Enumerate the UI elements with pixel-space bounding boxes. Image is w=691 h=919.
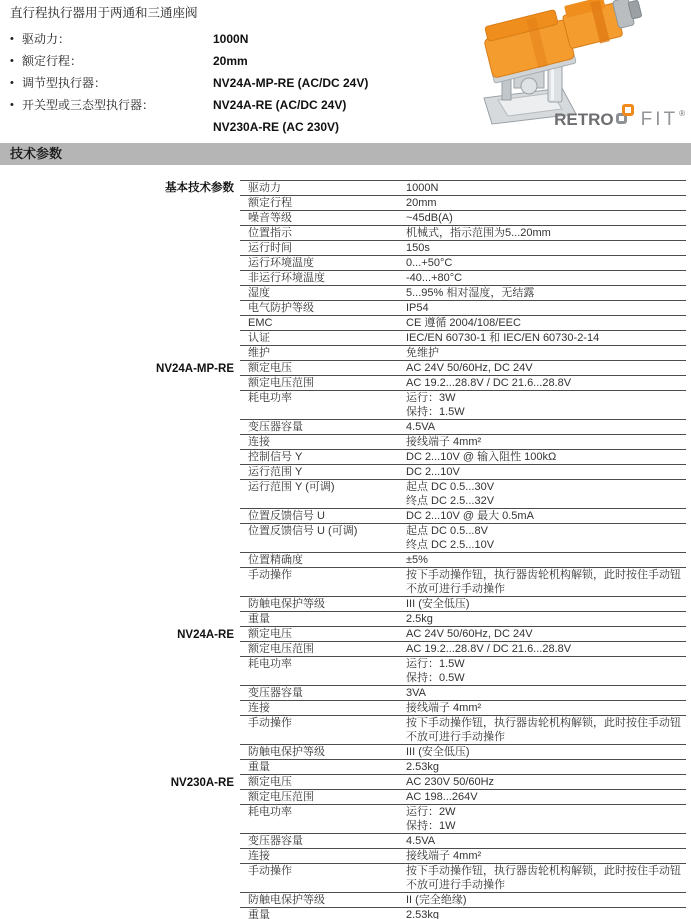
bullet-label: 开关型或三态型执行器： [22, 94, 213, 138]
value-line: IP54 [406, 301, 684, 315]
value-cell: AC 24V 50/60Hz, DC 24V [404, 627, 686, 641]
value-line: 起点 DC 0.5...30V [406, 480, 684, 494]
value-cell: 1000N [404, 181, 686, 195]
spec-group-label: NV230A-RE [0, 775, 240, 919]
section-header-bar: 技术参数 [0, 143, 691, 165]
table-row: 手动操作按下手动操作钮，执行器齿轮机构解锁，此时按住手动钮不放可进行手动操作 [240, 864, 686, 893]
param-cell: 重量 [240, 612, 404, 626]
value-line: 按下手动操作钮，执行器齿轮机构解锁，此时按住手动钮 [406, 716, 684, 730]
value-line: 不放可进行手动操作 [406, 878, 684, 892]
list-item: •额定行程：20mm [10, 50, 480, 72]
value-cell: 按下手动操作钮，执行器齿轮机构解锁，此时按住手动钮不放可进行手动操作 [404, 716, 686, 744]
param-cell: 位置精确度 [240, 553, 404, 567]
param-cell: 运行范围 Y [240, 465, 404, 479]
table-row: 额定电压AC 24V 50/60Hz, DC 24V [240, 627, 686, 642]
value-line: 起点 DC 0.5...8V [406, 524, 684, 538]
table-row: 连接接线端子 4mm² [240, 701, 686, 716]
table-row: 位置反馈信号 UDC 2...10V @ 最大 0.5mA [240, 509, 686, 524]
param-cell: 连接 [240, 435, 404, 449]
table-row: 连接接线端子 4mm² [240, 435, 686, 450]
value-line: 运行：1.5W [406, 657, 684, 671]
table-row: 连接接线端子 4mm² [240, 849, 686, 864]
value-cell: 按下手动操作钮，执行器齿轮机构解锁，此时按住手动钮不放可进行手动操作 [404, 864, 686, 892]
param-cell: 额定行程 [240, 196, 404, 210]
value-cell: AC 19.2...28.8V / DC 21.6...28.8V [404, 642, 686, 656]
bullet-value: NV24A-MP-RE (AC/DC 24V) [213, 72, 368, 94]
value-cell: IP54 [404, 301, 686, 315]
spec-group-label: NV24A-MP-RE [0, 361, 240, 627]
value-cell: AC 19.2...28.8V / DC 21.6...28.8V [404, 376, 686, 390]
table-row: 额定电压范围AC 19.2...28.8V / DC 21.6...28.8V [240, 376, 686, 391]
table-row: 耗电功率运行：1.5W保持：0.5W [240, 657, 686, 686]
table-row: EMCCE 遵循 2004/108/EEC [240, 316, 686, 331]
bullet-icon: • [10, 50, 22, 72]
value-cell: II (完全绝缘) [404, 893, 686, 907]
spec-group: NV24A-RE额定电压AC 24V 50/60Hz, DC 24V额定电压范围… [0, 627, 691, 775]
param-cell: 防触电保护等级 [240, 745, 404, 759]
value-cell: DC 2...10V @ 输入阻性 100kΩ [404, 450, 686, 464]
param-cell: 额定电压 [240, 775, 404, 789]
list-item: •驱动力：1000N [10, 28, 480, 50]
datasheet-page: 直行程执行器用于两通和三通座阀 •驱动力：1000N•额定行程：20mm•调节型… [0, 0, 691, 919]
table-row: 噪音等级~45dB(A) [240, 211, 686, 226]
bullet-icon: • [10, 28, 22, 50]
param-cell: 噪音等级 [240, 211, 404, 225]
spec-group: 基本技术参数驱动力1000N额定行程20mm噪音等级~45dB(A)位置指示机械… [0, 180, 691, 361]
value-line: 保持：0.5W [406, 671, 684, 685]
param-cell: 控制信号 Y [240, 450, 404, 464]
section-header-label: 技术参数 [10, 146, 62, 161]
value-line: 免维护 [406, 346, 684, 360]
param-cell: 额定电压范围 [240, 376, 404, 390]
value-cell: AC 198...264V [404, 790, 686, 804]
value-line: 接线端子 4mm² [406, 435, 684, 449]
param-cell: EMC [240, 316, 404, 330]
param-cell: 额定电压范围 [240, 790, 404, 804]
spec-table: 基本技术参数驱动力1000N额定行程20mm噪音等级~45dB(A)位置指示机械… [0, 180, 691, 919]
value-cell: 起点 DC 0.5...30V终点 DC 2.5...32V [404, 480, 686, 508]
value-line: AC 230V 50/60Hz [406, 775, 684, 789]
spec-group-rows: 驱动力1000N额定行程20mm噪音等级~45dB(A)位置指示机械式，指示范围… [240, 180, 686, 361]
param-cell: 位置指示 [240, 226, 404, 240]
registered-mark: ® [679, 109, 685, 118]
list-item: •开关型或三态型执行器：NV24A-RE (AC/DC 24V)NV230A-R… [10, 94, 480, 138]
value-line: 接线端子 4mm² [406, 701, 684, 715]
spec-group-label: NV24A-RE [0, 627, 240, 775]
page-title: 直行程执行器用于两通和三通座阀 [10, 5, 480, 21]
retrofit-squares-icon [616, 104, 640, 130]
value-line: ±5% [406, 553, 684, 567]
param-cell: 湿度 [240, 286, 404, 300]
table-row: 位置精确度±5% [240, 553, 686, 568]
value-line: DC 2...10V [406, 465, 684, 479]
orange-square-icon [622, 104, 634, 116]
table-row: 耗电功率运行：3W保持：1.5W [240, 391, 686, 420]
value-cell: 接线端子 4mm² [404, 849, 686, 863]
value-line: III (安全低压) [406, 745, 684, 759]
bullet-value: 20mm [213, 50, 248, 72]
value-line: 运行：2W [406, 805, 684, 819]
table-row: 非运行环境温度-40...+80°C [240, 271, 686, 286]
value-cell: 运行：2W保持：1W [404, 805, 686, 833]
value-line: AC 24V 50/60Hz, DC 24V [406, 361, 684, 375]
value-line: 不放可进行手动操作 [406, 582, 684, 596]
param-cell: 驱动力 [240, 181, 404, 195]
param-cell: 手动操作 [240, 716, 404, 744]
value-cell: 0...+50°C [404, 256, 686, 270]
value-line: 保持：1.5W [406, 405, 684, 419]
param-cell: 防触电保护等级 [240, 597, 404, 611]
value-line: -40...+80°C [406, 271, 684, 285]
value-cell: 2.53kg [404, 908, 686, 919]
spec-group-label: 基本技术参数 [0, 180, 240, 361]
retrofit-logo-fit: FIT [641, 109, 679, 130]
bullet-values: 1000N [213, 28, 248, 50]
table-row: 重量2.5kg [240, 612, 686, 627]
table-row: 运行时间150s [240, 241, 686, 256]
param-cell: 变压器容量 [240, 420, 404, 434]
value-line: AC 19.2...28.8V / DC 21.6...28.8V [406, 642, 684, 656]
table-row: 控制信号 YDC 2...10V @ 输入阻性 100kΩ [240, 450, 686, 465]
value-cell: ~45dB(A) [404, 211, 686, 225]
table-row: 维护免维护 [240, 346, 686, 361]
bullet-value: NV230A-RE (AC 230V) [213, 116, 346, 138]
param-cell: 额定电压 [240, 627, 404, 641]
value-line: 2.5kg [406, 612, 684, 626]
table-row: 变压器容量4.5VA [240, 834, 686, 849]
value-cell: CE 遵循 2004/108/EEC [404, 316, 686, 330]
value-line: 20mm [406, 196, 684, 210]
value-cell: 150s [404, 241, 686, 255]
value-line: CE 遵循 2004/108/EEC [406, 316, 684, 330]
table-row: 重量2.53kg [240, 908, 686, 919]
value-cell: 20mm [404, 196, 686, 210]
table-row: 位置反馈信号 U (可调)起点 DC 0.5...8V终点 DC 2.5...1… [240, 524, 686, 553]
param-cell: 电气防护等级 [240, 301, 404, 315]
bullet-value: NV24A-RE (AC/DC 24V) [213, 94, 346, 116]
value-line: ~45dB(A) [406, 211, 684, 225]
table-row: 额定电压范围AC 198...264V [240, 790, 686, 805]
spec-group-rows: 额定电压AC 24V 50/60Hz, DC 24V额定电压范围AC 19.2.… [240, 627, 686, 775]
value-cell: III (安全低压) [404, 745, 686, 759]
value-line: 按下手动操作钮，执行器齿轮机构解锁，此时按住手动钮 [406, 568, 684, 582]
value-line: AC 24V 50/60Hz, DC 24V [406, 627, 684, 641]
bullet-label: 额定行程： [22, 50, 213, 72]
retrofit-logo: RETRO FIT ® [554, 100, 685, 130]
retrofit-logo-retro: RETRO [554, 110, 614, 130]
param-cell: 运行时间 [240, 241, 404, 255]
param-cell: 重量 [240, 908, 404, 919]
value-line: 按下手动操作钮，执行器齿轮机构解锁，此时按住手动钮 [406, 864, 684, 878]
param-cell: 位置反馈信号 U (可调) [240, 524, 404, 552]
value-line: IEC/EN 60730-1 和 IEC/EN 60730-2-14 [406, 331, 684, 345]
value-line: 2.53kg [406, 908, 684, 919]
intro-header: 直行程执行器用于两通和三通座阀 •驱动力：1000N•额定行程：20mm•调节型… [0, 0, 691, 143]
value-line: 机械式，指示范围为5...20mm [406, 226, 684, 240]
value-line: AC 198...264V [406, 790, 684, 804]
table-row: 运行范围 YDC 2...10V [240, 465, 686, 480]
value-line: 4.5VA [406, 420, 684, 434]
bullet-icon: • [10, 72, 22, 94]
table-row: 额定电压AC 24V 50/60Hz, DC 24V [240, 361, 686, 376]
value-cell: 2.5kg [404, 612, 686, 626]
value-cell: 4.5VA [404, 420, 686, 434]
table-row: 额定电压范围AC 19.2...28.8V / DC 21.6...28.8V [240, 642, 686, 657]
bullet-icon: • [10, 94, 22, 138]
table-row: 运行范围 Y (可调)起点 DC 0.5...30V终点 DC 2.5...32… [240, 480, 686, 509]
param-cell: 非运行环境温度 [240, 271, 404, 285]
param-cell: 手动操作 [240, 568, 404, 596]
value-cell: AC 230V 50/60Hz [404, 775, 686, 789]
value-line: 运行：3W [406, 391, 684, 405]
value-cell: -40...+80°C [404, 271, 686, 285]
table-row: 防触电保护等级III (安全低压) [240, 745, 686, 760]
param-cell: 运行范围 Y (可调) [240, 480, 404, 508]
value-line: II (完全绝缘) [406, 893, 684, 907]
value-line: 终点 DC 2.5...10V [406, 538, 684, 552]
intro-block: 直行程执行器用于两通和三通座阀 •驱动力：1000N•额定行程：20mm•调节型… [10, 5, 480, 138]
value-cell: 4.5VA [404, 834, 686, 848]
table-row: 防触电保护等级II (完全绝缘) [240, 893, 686, 908]
value-line: 2.53kg [406, 760, 684, 774]
value-cell: 接线端子 4mm² [404, 701, 686, 715]
param-cell: 变压器容量 [240, 686, 404, 700]
value-cell: 按下手动操作钮，执行器齿轮机构解锁，此时按住手动钮不放可进行手动操作 [404, 568, 686, 596]
param-cell: 维护 [240, 346, 404, 360]
param-cell: 耗电功率 [240, 805, 404, 833]
value-line: AC 19.2...28.8V / DC 21.6...28.8V [406, 376, 684, 390]
value-cell: 运行：1.5W保持：0.5W [404, 657, 686, 685]
param-cell: 耗电功率 [240, 657, 404, 685]
param-cell: 额定电压 [240, 361, 404, 375]
table-row: 电气防护等级IP54 [240, 301, 686, 316]
table-row: 驱动力1000N [240, 181, 686, 196]
spec-group: NV24A-MP-RE额定电压AC 24V 50/60Hz, DC 24V额定电… [0, 361, 691, 627]
value-cell: 5...95% 相对湿度，无结露 [404, 286, 686, 300]
param-cell: 连接 [240, 701, 404, 715]
table-row: 变压器容量3VA [240, 686, 686, 701]
value-cell: 运行：3W保持：1.5W [404, 391, 686, 419]
param-cell: 手动操作 [240, 864, 404, 892]
bullet-label: 调节型执行器： [22, 72, 213, 94]
bullet-values: 20mm [213, 50, 248, 72]
param-cell: 耗电功率 [240, 391, 404, 419]
value-line: 接线端子 4mm² [406, 849, 684, 863]
value-cell: DC 2...10V [404, 465, 686, 479]
value-cell: DC 2...10V @ 最大 0.5mA [404, 509, 686, 523]
param-cell: 认证 [240, 331, 404, 345]
bullet-values: NV24A-RE (AC/DC 24V)NV230A-RE (AC 230V) [213, 94, 346, 138]
param-cell: 变压器容量 [240, 834, 404, 848]
table-row: 手动操作按下手动操作钮，执行器齿轮机构解锁，此时按住手动钮不放可进行手动操作 [240, 568, 686, 597]
value-line: 保持：1W [406, 819, 684, 833]
value-line: 终点 DC 2.5...32V [406, 494, 684, 508]
table-row: 防触电保护等级III (安全低压) [240, 597, 686, 612]
value-line: 3VA [406, 686, 684, 700]
value-line: 0...+50°C [406, 256, 684, 270]
value-line: DC 2...10V @ 输入阻性 100kΩ [406, 450, 684, 464]
value-line: 4.5VA [406, 834, 684, 848]
value-line: 150s [406, 241, 684, 255]
param-cell: 运行环境温度 [240, 256, 404, 270]
table-row: 重量2.53kg [240, 760, 686, 775]
spec-group-rows: 额定电压AC 230V 50/60Hz额定电压范围AC 198...264V耗电… [240, 775, 686, 919]
spec-group: NV230A-RE额定电压AC 230V 50/60Hz额定电压范围AC 198… [0, 775, 691, 919]
value-cell: ±5% [404, 553, 686, 567]
table-row: 变压器容量4.5VA [240, 420, 686, 435]
list-item: •调节型执行器：NV24A-MP-RE (AC/DC 24V) [10, 72, 480, 94]
table-row: 额定行程20mm [240, 196, 686, 211]
value-line: 1000N [406, 181, 684, 195]
value-cell: IEC/EN 60730-1 和 IEC/EN 60730-2-14 [404, 331, 686, 345]
param-cell: 额定电压范围 [240, 642, 404, 656]
value-cell: 机械式，指示范围为5...20mm [404, 226, 686, 240]
feature-list: •驱动力：1000N•额定行程：20mm•调节型执行器：NV24A-MP-RE … [10, 28, 480, 138]
value-cell: 免维护 [404, 346, 686, 360]
value-cell: 起点 DC 0.5...8V终点 DC 2.5...10V [404, 524, 686, 552]
value-line: III (安全低压) [406, 597, 684, 611]
bullet-value: 1000N [213, 28, 248, 50]
table-row: 位置指示机械式，指示范围为5...20mm [240, 226, 686, 241]
value-line: DC 2...10V @ 最大 0.5mA [406, 509, 684, 523]
value-cell: III (安全低压) [404, 597, 686, 611]
table-row: 手动操作按下手动操作钮，执行器齿轮机构解锁，此时按住手动钮不放可进行手动操作 [240, 716, 686, 745]
spec-group-rows: 额定电压AC 24V 50/60Hz, DC 24V额定电压范围AC 19.2.… [240, 361, 686, 627]
value-cell: 3VA [404, 686, 686, 700]
param-cell: 连接 [240, 849, 404, 863]
param-cell: 位置反馈信号 U [240, 509, 404, 523]
param-cell: 防触电保护等级 [240, 893, 404, 907]
bullet-values: NV24A-MP-RE (AC/DC 24V) [213, 72, 368, 94]
value-line: 不放可进行手动操作 [406, 730, 684, 744]
table-row: 运行环境温度0...+50°C [240, 256, 686, 271]
bullet-label: 驱动力： [22, 28, 213, 50]
value-line: 5...95% 相对湿度，无结露 [406, 286, 684, 300]
value-cell: 接线端子 4mm² [404, 435, 686, 449]
table-row: 认证IEC/EN 60730-1 和 IEC/EN 60730-2-14 [240, 331, 686, 346]
table-row: 湿度5...95% 相对湿度，无结露 [240, 286, 686, 301]
param-cell: 重量 [240, 760, 404, 774]
value-cell: 2.53kg [404, 760, 686, 774]
table-row: 额定电压AC 230V 50/60Hz [240, 775, 686, 790]
table-row: 耗电功率运行：2W保持：1W [240, 805, 686, 834]
value-cell: AC 24V 50/60Hz, DC 24V [404, 361, 686, 375]
